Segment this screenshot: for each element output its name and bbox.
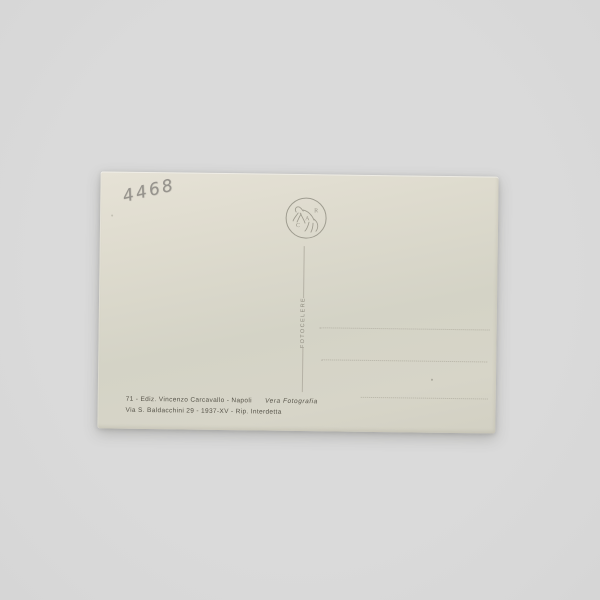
stamp-letter-r: R [314, 208, 318, 214]
speck [431, 379, 433, 381]
address-line [320, 327, 490, 330]
photo-scene: 4468 R A C FOTOCELERE [0, 0, 600, 600]
postcard-back: 4468 R A C FOTOCELERE [97, 171, 498, 433]
divider-line-top [303, 246, 305, 298]
printer-name-vertical: FOTOCELERE [298, 293, 310, 353]
handwritten-number: 4468 [121, 175, 177, 207]
address-line [361, 397, 488, 400]
divider-line-bottom [302, 348, 304, 392]
imprint-vera-fotografia: Vera Fotografia [265, 398, 318, 406]
stamp-letter-a: A [305, 216, 310, 222]
address-line [321, 359, 487, 362]
publisher-stamp: R A C [284, 196, 329, 241]
publisher-imprint: 71 - Ediz. Vincenzo Carcavallo - NapoliV… [126, 395, 318, 419]
speck [111, 215, 113, 217]
stamp-letter-c: C [296, 223, 300, 229]
imprint-publisher: 71 - Ediz. Vincenzo Carcavallo - Napoli [126, 396, 252, 405]
